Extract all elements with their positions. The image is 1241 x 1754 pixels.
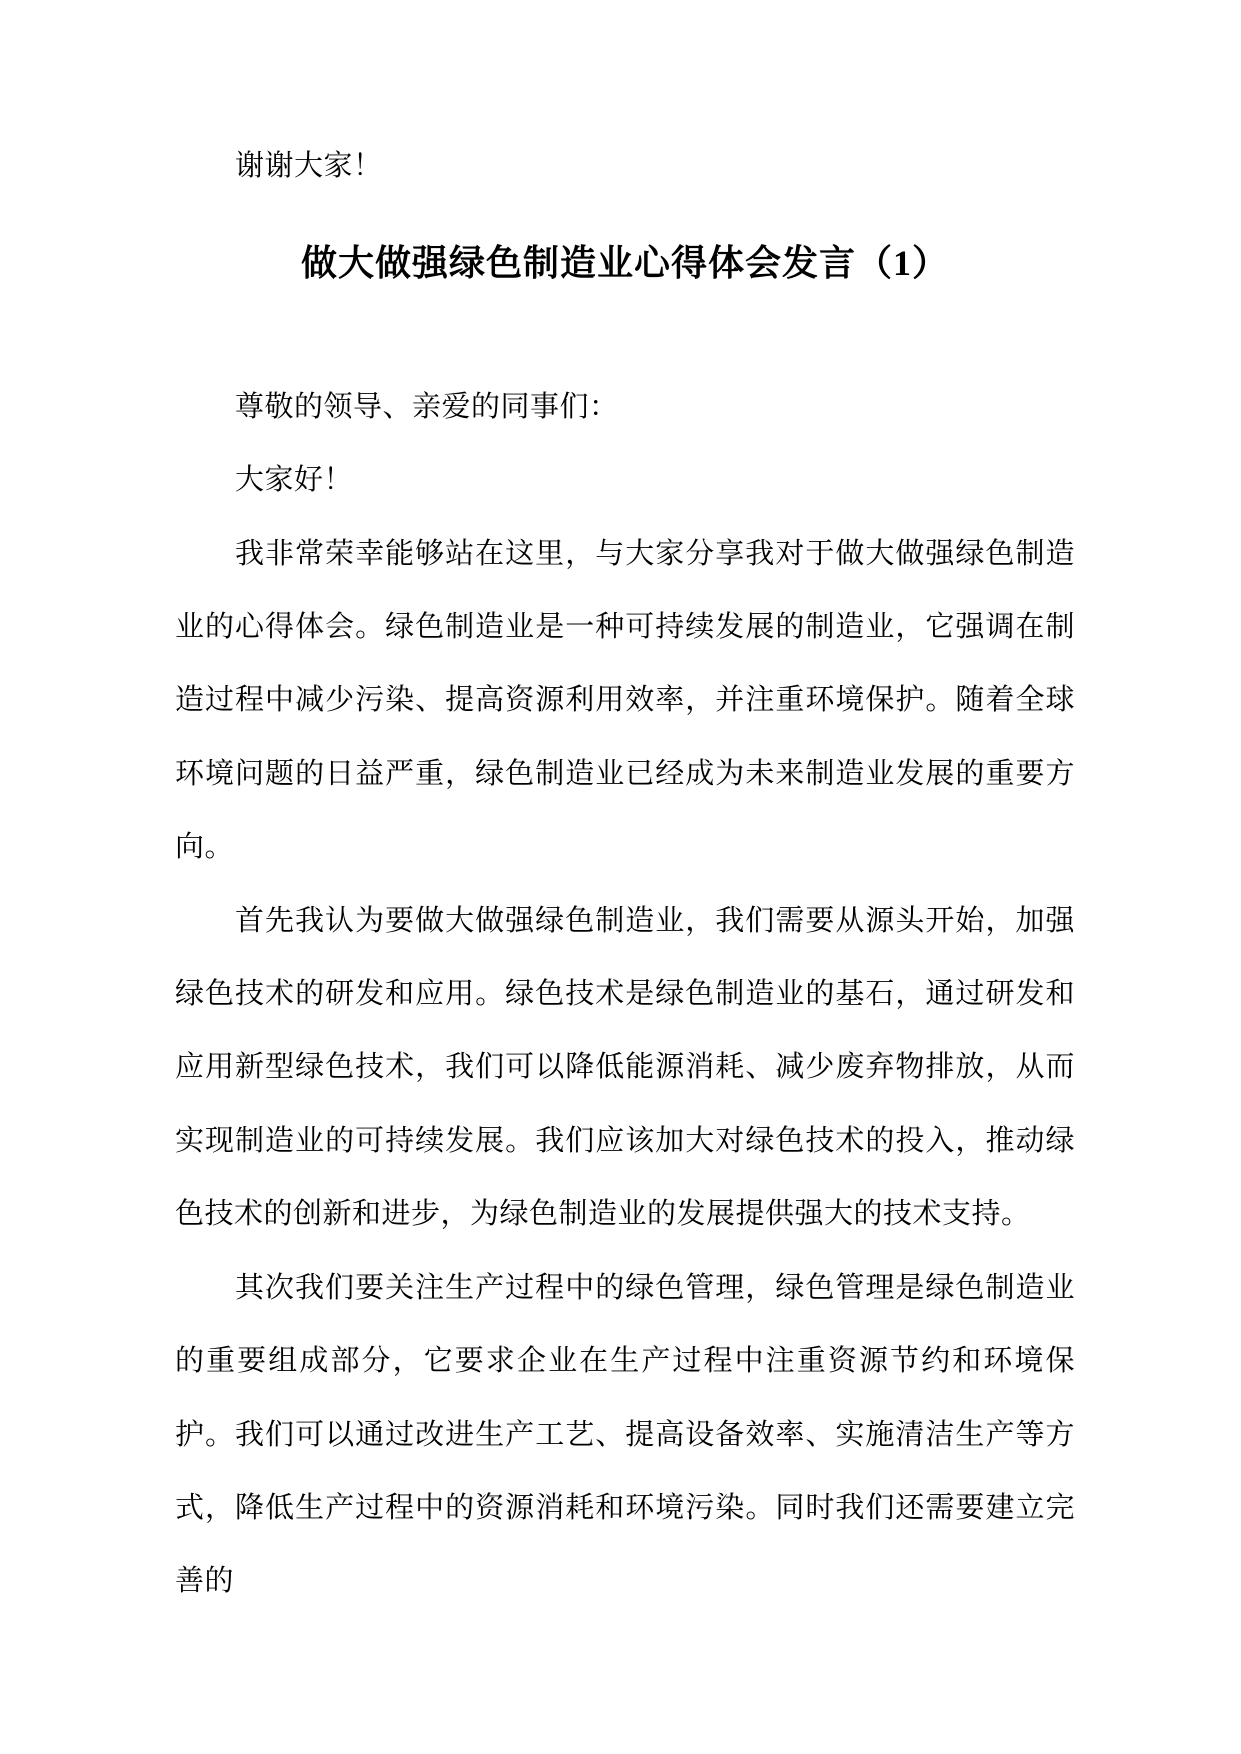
body-paragraph-intro: 我非常荣幸能够站在这里，与大家分享我对于做大做强绿色制造业的心得体会。绿色制造业… (175, 518, 1075, 885)
body-paragraph-second-point: 其次我们要关注生产过程中的绿色管理，绿色管理是绿色制造业的重要组成部分，它要求企… (175, 1252, 1075, 1619)
salutation-line: 尊敬的领导、亲爱的同事们： (175, 371, 1075, 444)
document-page: 谢谢大家！ 做大做强绿色制造业心得体会发言（1） 尊敬的领导、亲爱的同事们： 大… (0, 0, 1241, 1754)
greeting-line: 大家好！ (175, 444, 1075, 517)
closing-line: 谢谢大家！ (175, 130, 1075, 203)
body-paragraph-first-point: 首先我认为要做大做强绿色制造业，我们需要从源头开始，加强绿色技术的研发和应用。绿… (175, 885, 1075, 1252)
document-title: 做大做强绿色制造业心得体会发言（1） (175, 227, 1075, 300)
